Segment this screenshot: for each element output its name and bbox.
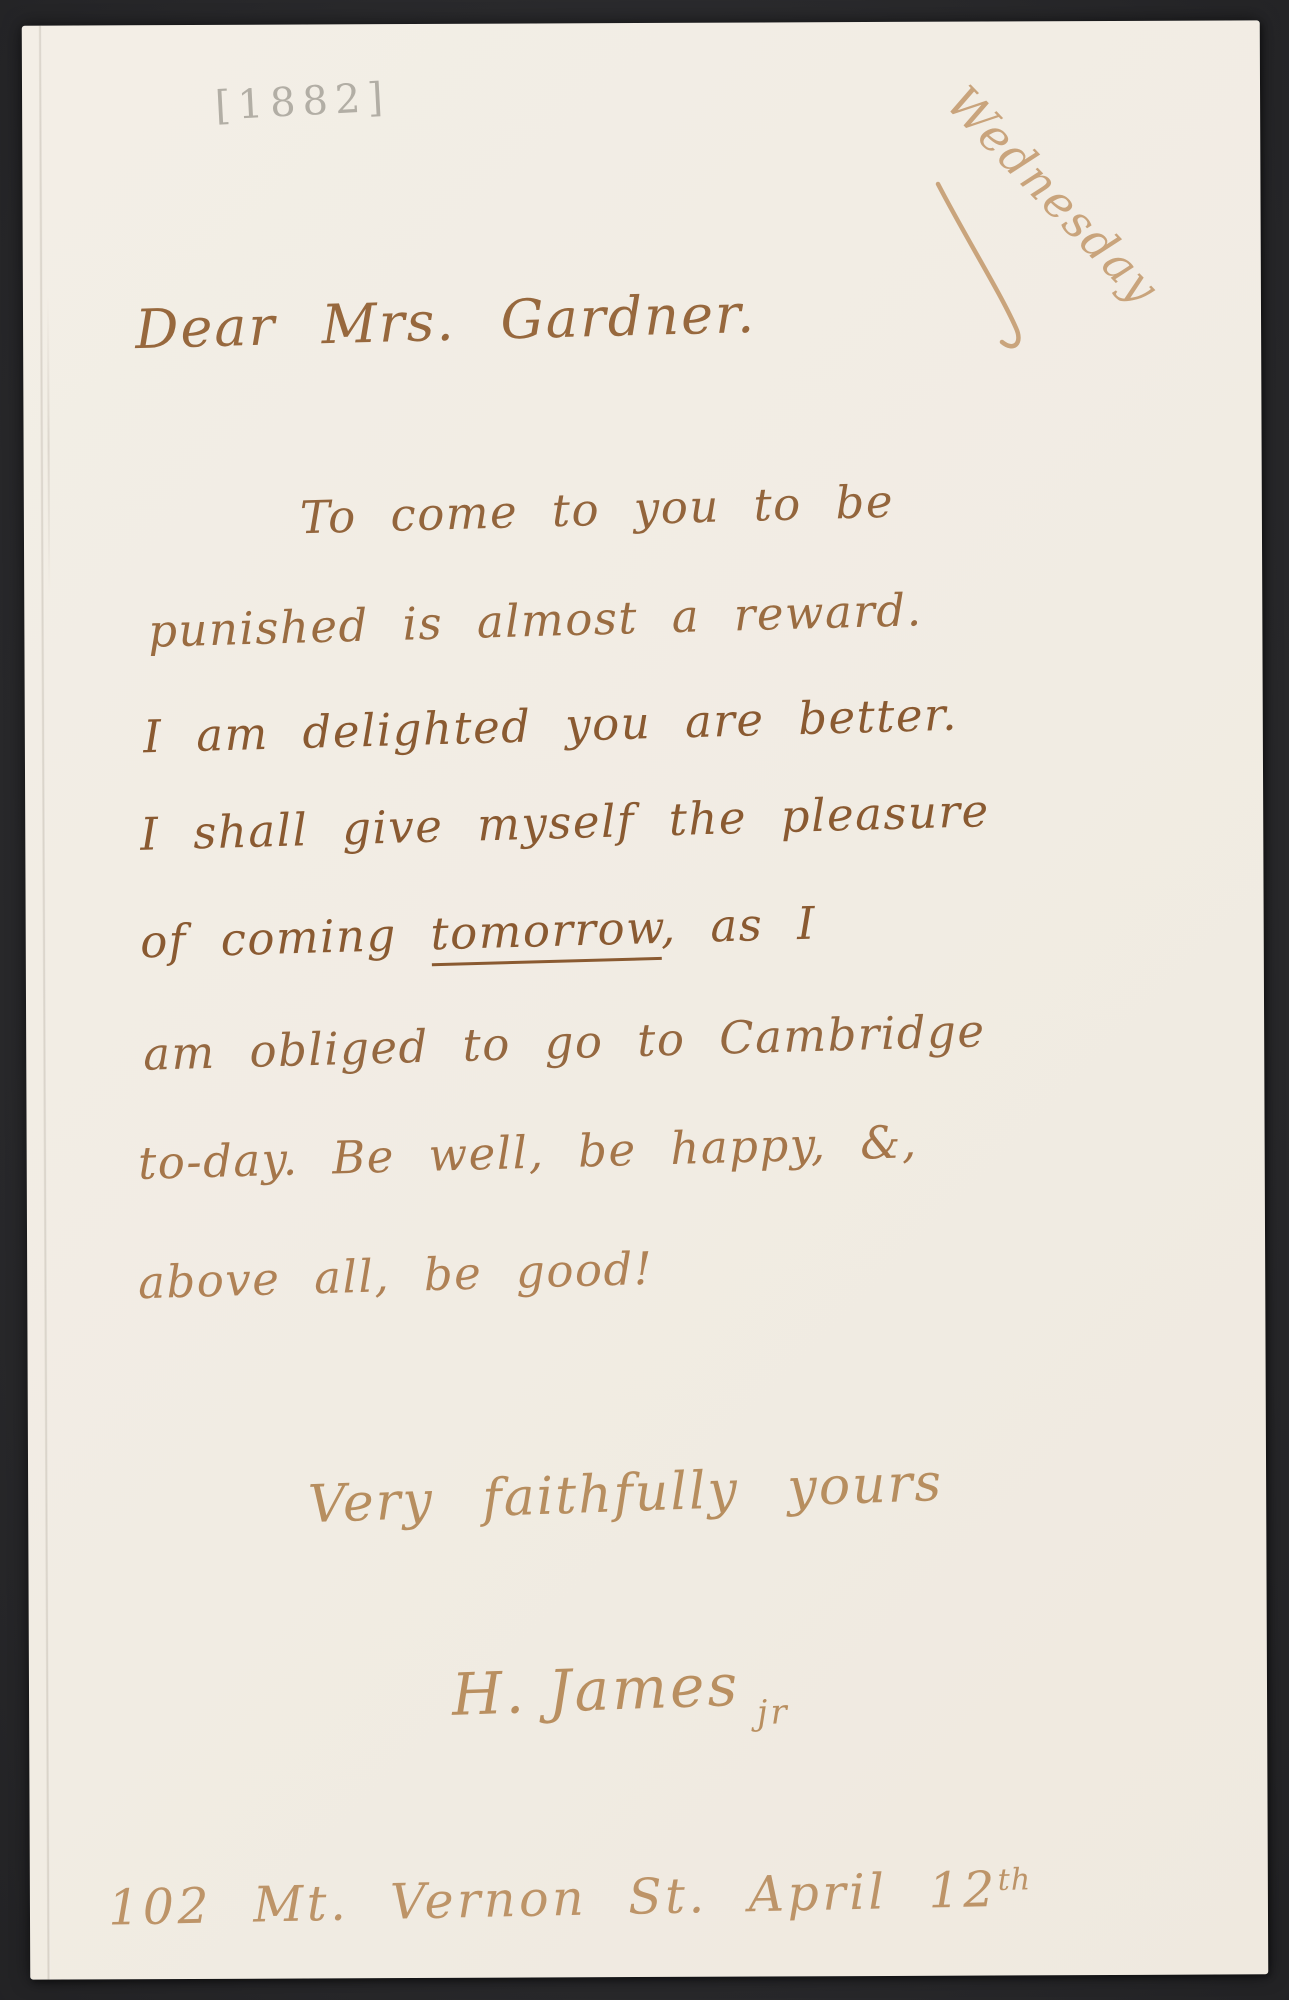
underlined-word-tomorrow: tomorrow bbox=[430, 901, 662, 966]
signature-suffix: jr bbox=[756, 1692, 790, 1733]
address-date-ordinal: th bbox=[997, 1862, 1031, 1898]
body-line-5-prefix: of coming bbox=[139, 907, 431, 968]
pencil-year-annotation: [1882] bbox=[214, 77, 391, 126]
salutation-line: Dear Mrs. Gardner. bbox=[134, 287, 756, 357]
body-line-5-suffix: , as I bbox=[660, 897, 817, 954]
letter-photo: [1882] Wednesday Dear Mrs. Gardner. To c… bbox=[0, 0, 1289, 2000]
left-fold-crease-segment bbox=[47, 296, 50, 596]
signature: H. Jamesjr bbox=[451, 1654, 791, 1741]
dateline-flourish-stroke bbox=[928, 180, 1048, 370]
body-line-8: above all, be good! bbox=[137, 1246, 653, 1305]
signature-name: H. James bbox=[451, 1651, 742, 1729]
